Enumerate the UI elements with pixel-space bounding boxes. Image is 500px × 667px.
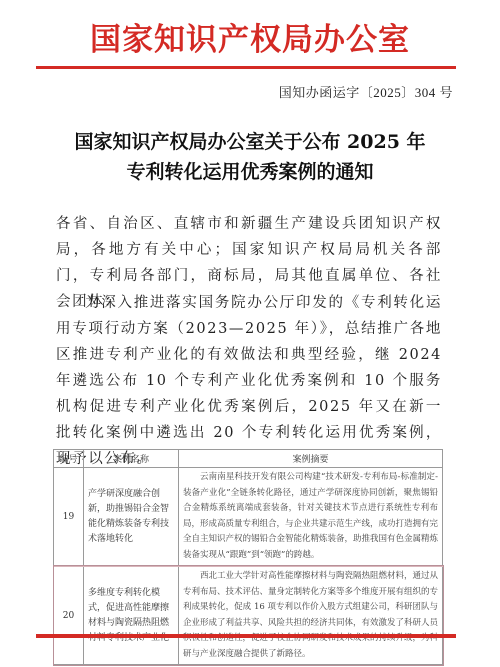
masthead-red-rule — [36, 66, 456, 69]
document-title-line2: 专利转化运用优秀案例的通知 — [0, 157, 500, 187]
case-number: 19 — [54, 468, 84, 567]
case-table: 编号 案例名称 案例摘要 19 产学研深度融合创新，助推锡铅合金智能化精炼装备专… — [53, 449, 443, 665]
masthead-title: 国家知识产权局办公室 — [0, 20, 500, 60]
case-name: 多维度专利转化模式，促进高性能摩擦材料与陶瓷隔热阻燃材料专利技术产业化 — [84, 566, 179, 665]
case-summary: 西北工业大学针对高性能摩擦材料与陶瓷隔热阻燃材料，通过从专利布局、技术评估、量身… — [179, 566, 443, 665]
document-title-line1: 国家知识产权局办公室关于公布 2025 年 — [0, 127, 500, 157]
table-row: 20 多维度专利转化模式，促进高性能摩擦材料与陶瓷隔热阻燃材料专利技术产业化 西… — [54, 566, 443, 665]
footer-red-rule — [36, 634, 456, 638]
document-title: 国家知识产权局办公室关于公布 2025 年 专利转化运用优秀案例的通知 — [0, 127, 500, 187]
header-number: 编号 — [54, 450, 84, 468]
table-header-row: 编号 案例名称 案例摘要 — [54, 450, 443, 468]
case-name: 产学研深度融合创新，助推锡铅合金智能化精炼装备专利技术落地转化 — [84, 468, 179, 567]
header-case-name: 案例名称 — [84, 450, 179, 468]
case-number: 20 — [54, 566, 84, 665]
body-paragraph: 为深入推进落实国务院办公厅印发的《专利转化运用专项行动方案（2023—2025 … — [56, 290, 442, 472]
case-summary: 云南南星科技开发有限公司构建“技术研发-专利布局-标准制定-装备产业化”全链条转… — [179, 468, 443, 567]
document-number: 国知办函运字〔2025〕304 号 — [279, 82, 453, 101]
header-case-summary: 案例摘要 — [179, 450, 443, 468]
case-summary-text: 云南南星科技开发有限公司构建“技术研发-专利布局-标准制定-装备产业化”全链条转… — [183, 470, 438, 563]
table-row: 19 产学研深度融合创新，助推锡铅合金智能化精炼装备专利技术落地转化 云南南星科… — [54, 468, 443, 567]
case-summary-text: 西北工业大学针对高性能摩擦材料与陶瓷隔热阻燃材料，通过从专利布局、技术评估、量身… — [183, 569, 438, 662]
